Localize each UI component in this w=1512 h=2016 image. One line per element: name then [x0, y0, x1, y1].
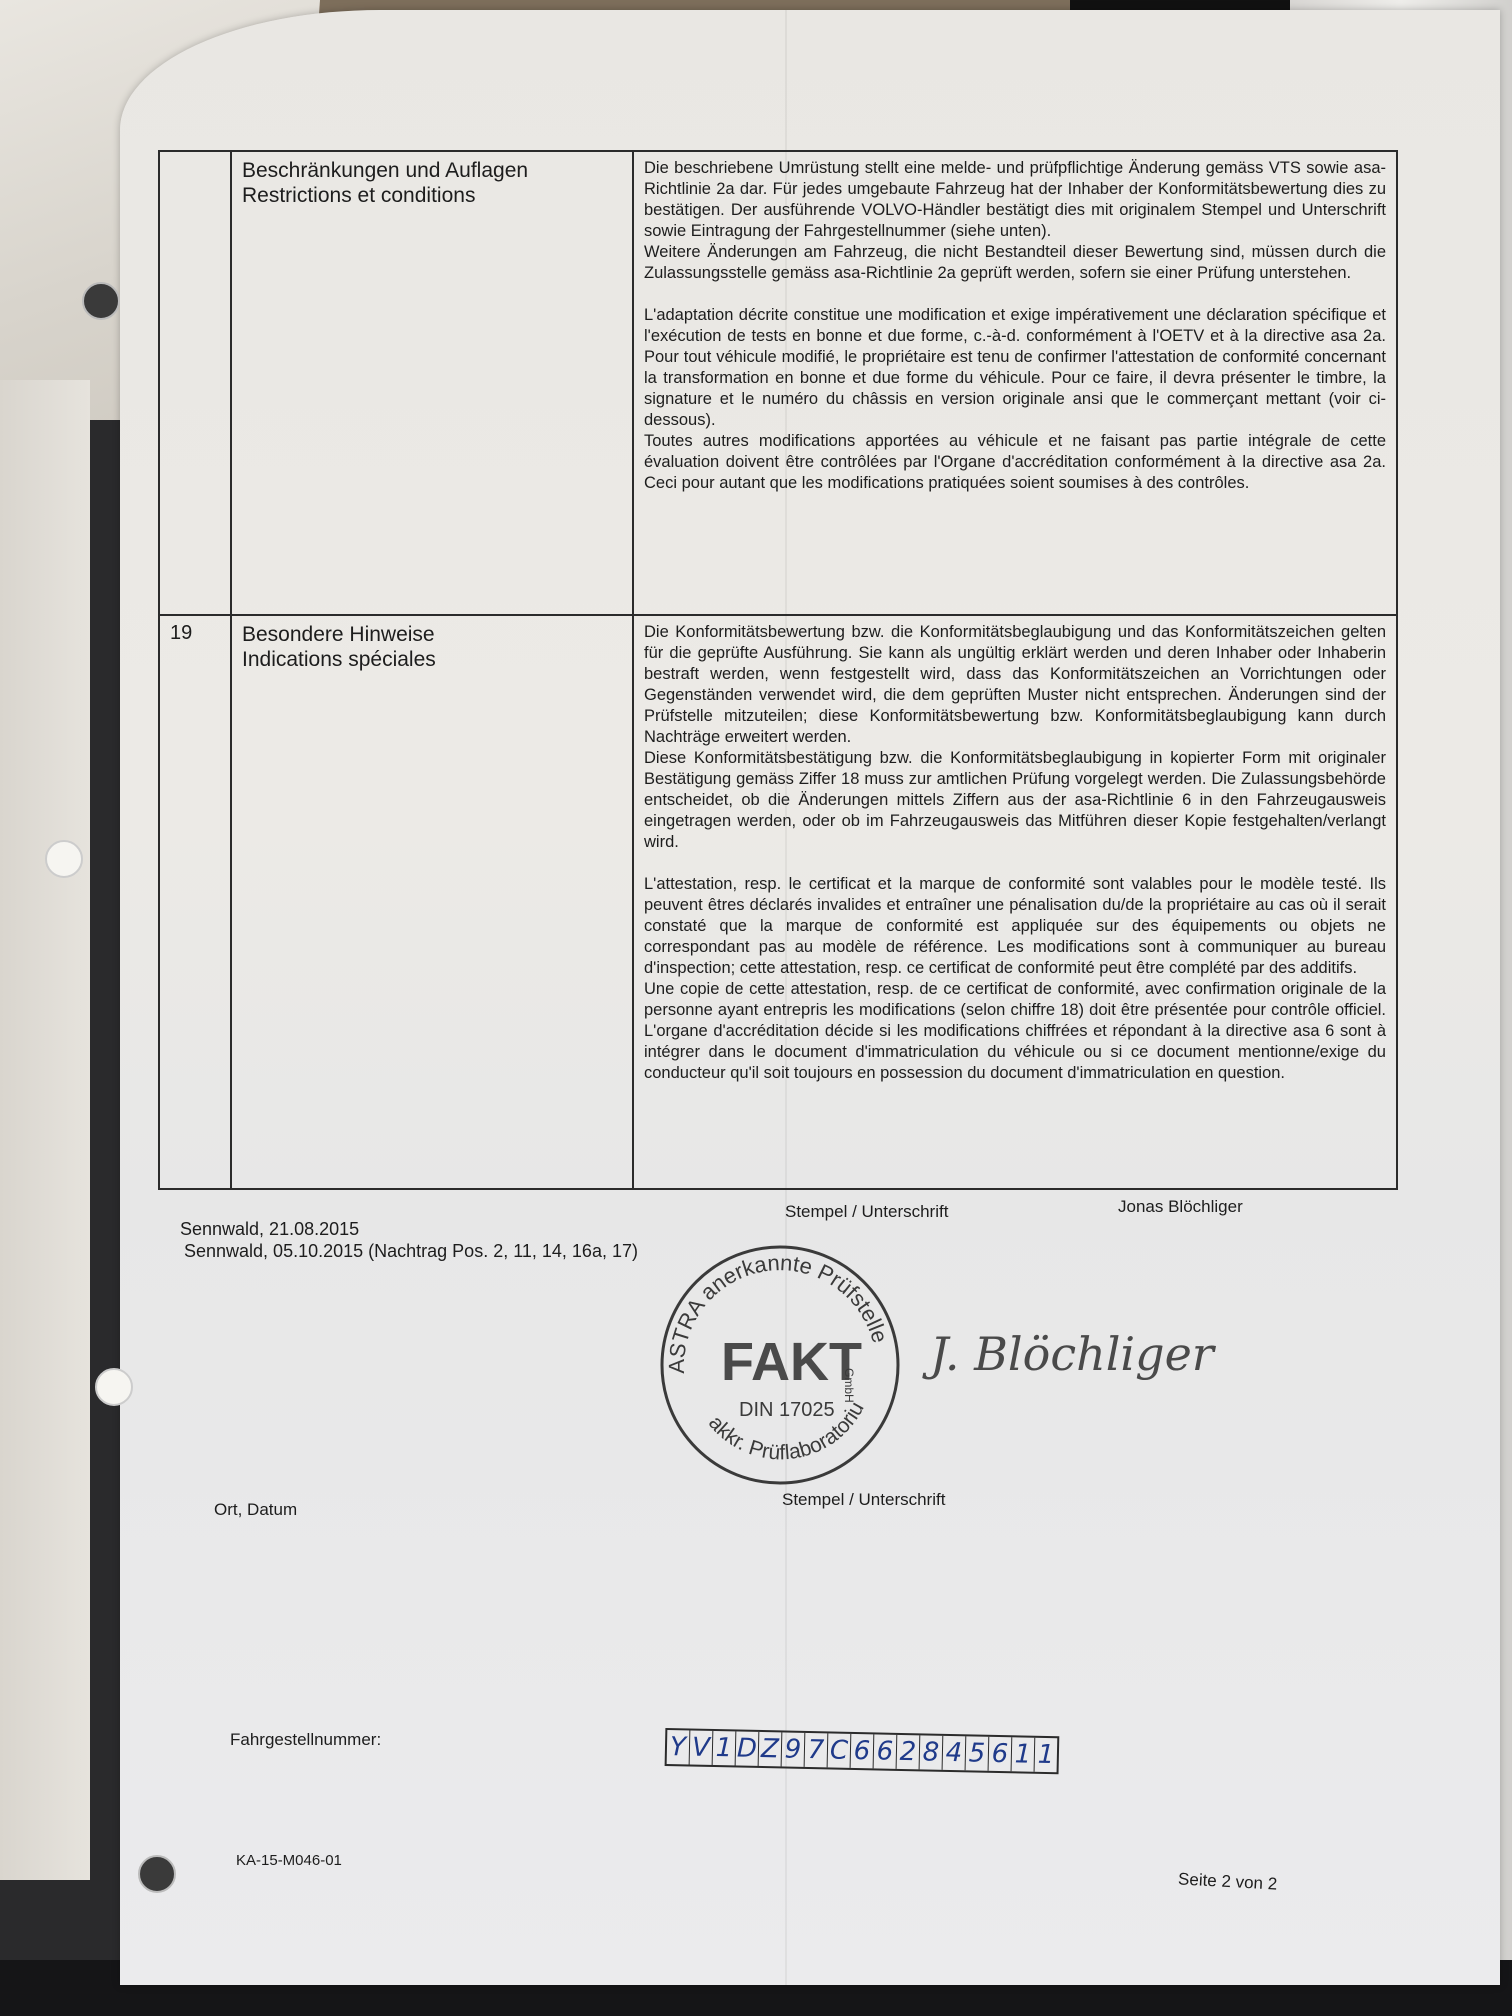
label-french: Restrictions et conditions [242, 183, 622, 208]
punch-hole [45, 840, 83, 878]
punch-hole [138, 1855, 176, 1893]
paragraph: Die Konformitätsbewertung bzw. die Konfo… [644, 622, 1386, 748]
signature-icon: J. Blöchliger [920, 1300, 1220, 1410]
paragraph: Diese Konformitätsbestätigung bzw. die K… [644, 748, 1386, 853]
label-french: Indications spéciales [242, 647, 622, 672]
signature-text: J. Blöchliger [922, 1327, 1217, 1381]
vin-character-cell: V [690, 1731, 714, 1765]
paragraph: L'attestation, resp. le certificat et la… [644, 874, 1386, 979]
vin-character-cell: 2 [897, 1735, 921, 1769]
conditions-table: Beschränkungen und Auflagen Restrictions… [158, 150, 1398, 1190]
vin-character-cell: Y [667, 1730, 691, 1764]
stamp-signature-label: Stempel / Unterschrift [785, 1202, 948, 1222]
vin-character-cell: Z [759, 1732, 783, 1766]
row-content: Die Konformitätsbewertung bzw. die Konfo… [633, 615, 1397, 1189]
vin-character-cell: 7 [805, 1733, 829, 1767]
vin-character-cell: 6 [874, 1734, 898, 1768]
amendment-date: Sennwald, 05.10.2015 (Nachtrag Pos. 2, 1… [184, 1240, 638, 1262]
stamp-icon: ASTRA anerkannte Prüfstelle akkr. Prüfla… [655, 1240, 905, 1490]
vin-character-cell: 1 [1035, 1738, 1058, 1772]
stamp-signature-label-bottom: Stempel / Unterschrift [782, 1490, 945, 1510]
vin-label: Fahrgestellnummer: [230, 1730, 381, 1750]
punch-hole [82, 282, 120, 320]
row-number [159, 151, 231, 615]
label-german: Beschränkungen und Auflagen [242, 158, 622, 183]
paragraph: Die beschriebene Umrüstung stellt eine m… [644, 158, 1386, 242]
stamp-logo: FAKT [721, 1332, 862, 1392]
paragraph: Weitere Änderungen am Fahrzeug, die nich… [644, 242, 1386, 284]
table-row-restrictions: Beschränkungen und Auflagen Restrictions… [159, 151, 1397, 615]
table-row-special-notes: 19 Besondere Hinweise Indications spécia… [159, 615, 1397, 1189]
vin-character-cell: 8 [920, 1735, 944, 1769]
label-german: Besondere Hinweise [242, 622, 622, 647]
stamp-norm: DIN 17025 [739, 1399, 835, 1421]
background-paper-left-edge [0, 380, 90, 1880]
vin-character-cell: C [828, 1733, 852, 1767]
paragraph: Toutes autres modifications apportées au… [644, 431, 1386, 494]
vin-character-cell: 1 [713, 1731, 737, 1765]
row-label: Besondere Hinweise Indications spéciales [231, 615, 633, 1189]
document-sheet: Beschränkungen und Auflagen Restrictions… [120, 10, 1500, 1985]
place-date-label: Ort, Datum [214, 1500, 297, 1520]
vin-character-cell: 5 [966, 1736, 990, 1770]
paragraph: Une copie de cette attestation, resp. de… [644, 979, 1386, 1084]
issue-date: Sennwald, 21.08.2015 [180, 1218, 359, 1240]
vin-character-cell: 6 [851, 1734, 875, 1768]
vin-character-cell: 9 [782, 1732, 806, 1766]
vin-character-cell: 4 [943, 1736, 967, 1770]
stamp-logo-suffix: GmbH [842, 1368, 856, 1403]
document-code: KA-15-M046-01 [236, 1852, 342, 1869]
row-content: Die beschriebene Umrüstung stellt eine m… [633, 151, 1397, 615]
vin-character-cell: 1 [1012, 1737, 1036, 1771]
vin-character-cell: D [736, 1731, 760, 1765]
paragraph: L'adaptation décrite constitue une modif… [644, 305, 1386, 431]
row-number: 19 [159, 615, 231, 1189]
punch-hole [95, 1368, 133, 1406]
vin-character-cell: 6 [989, 1737, 1013, 1771]
row-label: Beschränkungen und Auflagen Restrictions… [231, 151, 633, 615]
signer-name: Jonas Blöchliger [1118, 1197, 1243, 1217]
